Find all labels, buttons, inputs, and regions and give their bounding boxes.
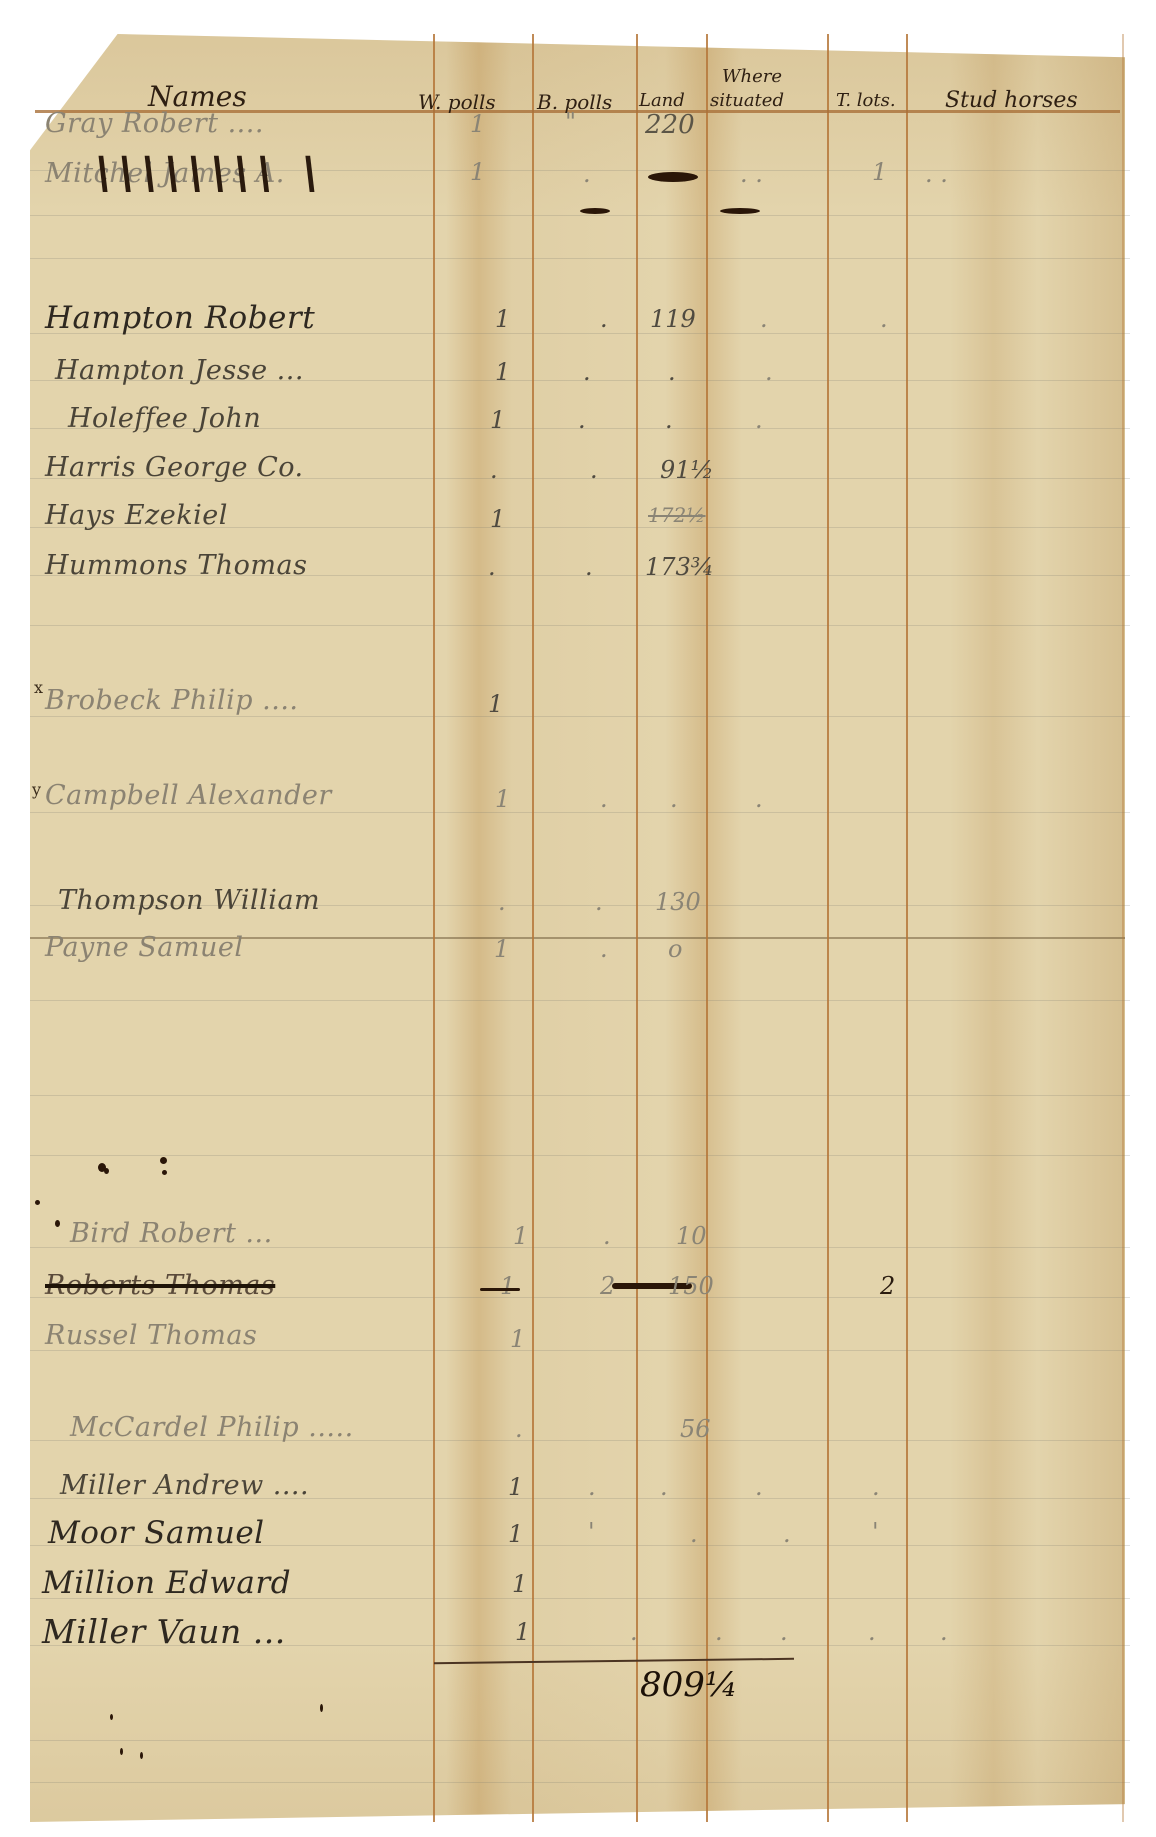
row-name: Russel Thomas [45, 1320, 257, 1351]
row-w-polls: 1 [513, 1222, 528, 1250]
row-land: 173¾ [645, 553, 714, 581]
row-b-polls: . [590, 456, 598, 484]
row-land-struck: 172½ [648, 503, 706, 527]
header-where-line2: situated [710, 90, 784, 111]
row-name-struck: Roberts Thomas [45, 1270, 275, 1301]
row-w-polls: 1 [512, 1570, 527, 1598]
row-where: . [760, 305, 768, 333]
row-w-polls: 1 [500, 1272, 515, 1300]
row-w-polls: . [515, 1415, 523, 1443]
row-land: o [668, 935, 682, 963]
row-b-polls: . [600, 305, 608, 333]
header-where-line1: Where [722, 66, 782, 87]
header-stud-horses: Stud horses [945, 88, 1078, 113]
row-b-polls: . [583, 160, 591, 188]
column-rule-tlots [827, 34, 829, 1822]
header-land: Land [639, 90, 685, 111]
row-name: Miller Andrew .... [60, 1470, 309, 1501]
ink-blot [648, 172, 698, 182]
row-name: Hampton Robert [45, 300, 315, 336]
ruling-line [30, 812, 1130, 813]
ink-spot [320, 1704, 323, 1712]
row-where: . . [740, 160, 763, 188]
ink-spot [55, 1220, 60, 1227]
margin-mark-y: y [32, 780, 41, 799]
row-b-polls: . [600, 785, 608, 813]
row-w-polls: 1 [508, 1520, 523, 1548]
row-b-polls: . [588, 1473, 596, 1501]
row-where: . [755, 1473, 763, 1501]
row-name: Gray Robert .... [45, 108, 264, 139]
row-land: 130 [655, 888, 701, 916]
row-w-polls: 1 [470, 158, 485, 186]
ruling-line [30, 1095, 1130, 1096]
row-land: . [670, 785, 678, 813]
column-rule-right [1122, 34, 1124, 1822]
ink-blot [720, 208, 760, 214]
row-name: Thompson William [58, 885, 320, 916]
ink-spot [110, 1714, 113, 1720]
row-name: Miller Vaun ... [42, 1612, 286, 1651]
row-b-polls: . [595, 888, 603, 916]
row-w-polls: 1 [515, 1618, 530, 1646]
row-b-polls: " [565, 108, 576, 136]
ruling-line [30, 1740, 1130, 1741]
row-where: . [755, 785, 763, 813]
row-land: 150 [668, 1272, 714, 1300]
row-b-polls: ' [588, 1518, 595, 1546]
row-t-lots: 2 [880, 1272, 895, 1300]
row-where: . [780, 1618, 788, 1646]
row-b-polls: . [583, 358, 591, 386]
row-b-polls: . [578, 406, 586, 434]
row-land: . [690, 1520, 698, 1548]
column-rule-bpolls [532, 34, 534, 1822]
row-land: . [668, 358, 676, 386]
row-where: . [755, 406, 763, 434]
column-rule-wpolls [433, 34, 435, 1822]
strike-mark [480, 1288, 520, 1291]
row-b-polls: . [603, 1222, 611, 1250]
row-w-polls: 1 [495, 305, 510, 333]
row-land: . [660, 1473, 668, 1501]
row-land: . [665, 406, 673, 434]
ruling-line [30, 1782, 1130, 1783]
column-rule-land [636, 34, 638, 1822]
row-w-polls: 1 [470, 110, 485, 138]
row-name: McCardel Philip ..... [70, 1412, 354, 1443]
row-land: 220 [645, 110, 695, 140]
row-stud-horses: . [940, 1618, 948, 1646]
ruling-line [30, 215, 1130, 216]
row-w-polls: 1 [495, 358, 510, 386]
row-t-lots: . [880, 305, 888, 333]
row-name: Million Edward [42, 1565, 291, 1601]
row-land: . [715, 1618, 723, 1646]
ruling-line [30, 258, 1130, 259]
row-b-polls: . [630, 1618, 638, 1646]
row-w-polls: 1 [488, 690, 503, 718]
row-where: . [765, 358, 773, 386]
row-name: Hampton Jesse ... [55, 355, 304, 386]
row-w-polls: . [498, 888, 506, 916]
row-name: Campbell Alexander [45, 780, 332, 811]
ink-spot [162, 1170, 167, 1175]
margin-mark-x: x [34, 678, 43, 697]
row-t-lots: ' [872, 1518, 879, 1546]
row-w-polls: 1 [508, 1473, 523, 1501]
row-land: 10 [676, 1222, 707, 1250]
ink-spot [35, 1200, 40, 1205]
column-rule-stud [906, 34, 908, 1822]
row-name: Hummons Thomas [45, 550, 307, 581]
row-w-polls: 1 [510, 1325, 525, 1353]
row-b-polls: . [600, 935, 608, 963]
row-name: Harris George Co. [45, 452, 304, 483]
land-total: 809¼ [640, 1665, 738, 1705]
ink-spot [120, 1748, 123, 1755]
row-land: 119 [650, 305, 696, 333]
row-name: Brobeck Philip .... [45, 685, 299, 716]
row-w-polls: 1 [495, 785, 510, 813]
ink-spot [140, 1752, 143, 1759]
header-t-lots: T. lots. [836, 90, 896, 111]
column-rule-where [706, 34, 708, 1822]
row-land: 91½ [660, 456, 714, 484]
ruling-line [30, 716, 1130, 717]
row-t-lots: . [868, 1618, 876, 1646]
ink-spot [104, 1168, 109, 1174]
row-t-lots: 1 [872, 158, 887, 186]
row-name: Moor Samuel [48, 1515, 265, 1551]
row-name: Holeffee John [68, 403, 261, 434]
cross-out-tally-marks: \\\\\\\\ \ [95, 148, 325, 199]
ink-spot [160, 1157, 167, 1164]
row-t-lots: . [872, 1473, 880, 1501]
row-w-polls: 1 [494, 935, 509, 963]
row-name: Bird Robert ... [70, 1218, 273, 1249]
row-w-polls: 1 [490, 505, 505, 533]
ruling-line [30, 1000, 1130, 1001]
row-w-polls: . [490, 456, 498, 484]
row-where: . [783, 1520, 791, 1548]
row-b-polls: . [585, 553, 593, 581]
row-w-polls: . [488, 553, 496, 581]
row-land: 56 [680, 1415, 711, 1443]
row-name: Hays Ezekiel [45, 500, 228, 531]
ink-blot [580, 208, 610, 214]
ruling-line [30, 1155, 1130, 1156]
row-stud-horses: . . [925, 160, 948, 188]
row-w-polls: 1 [490, 406, 505, 434]
ruling-line [30, 625, 1130, 626]
row-name: Payne Samuel [45, 932, 243, 963]
